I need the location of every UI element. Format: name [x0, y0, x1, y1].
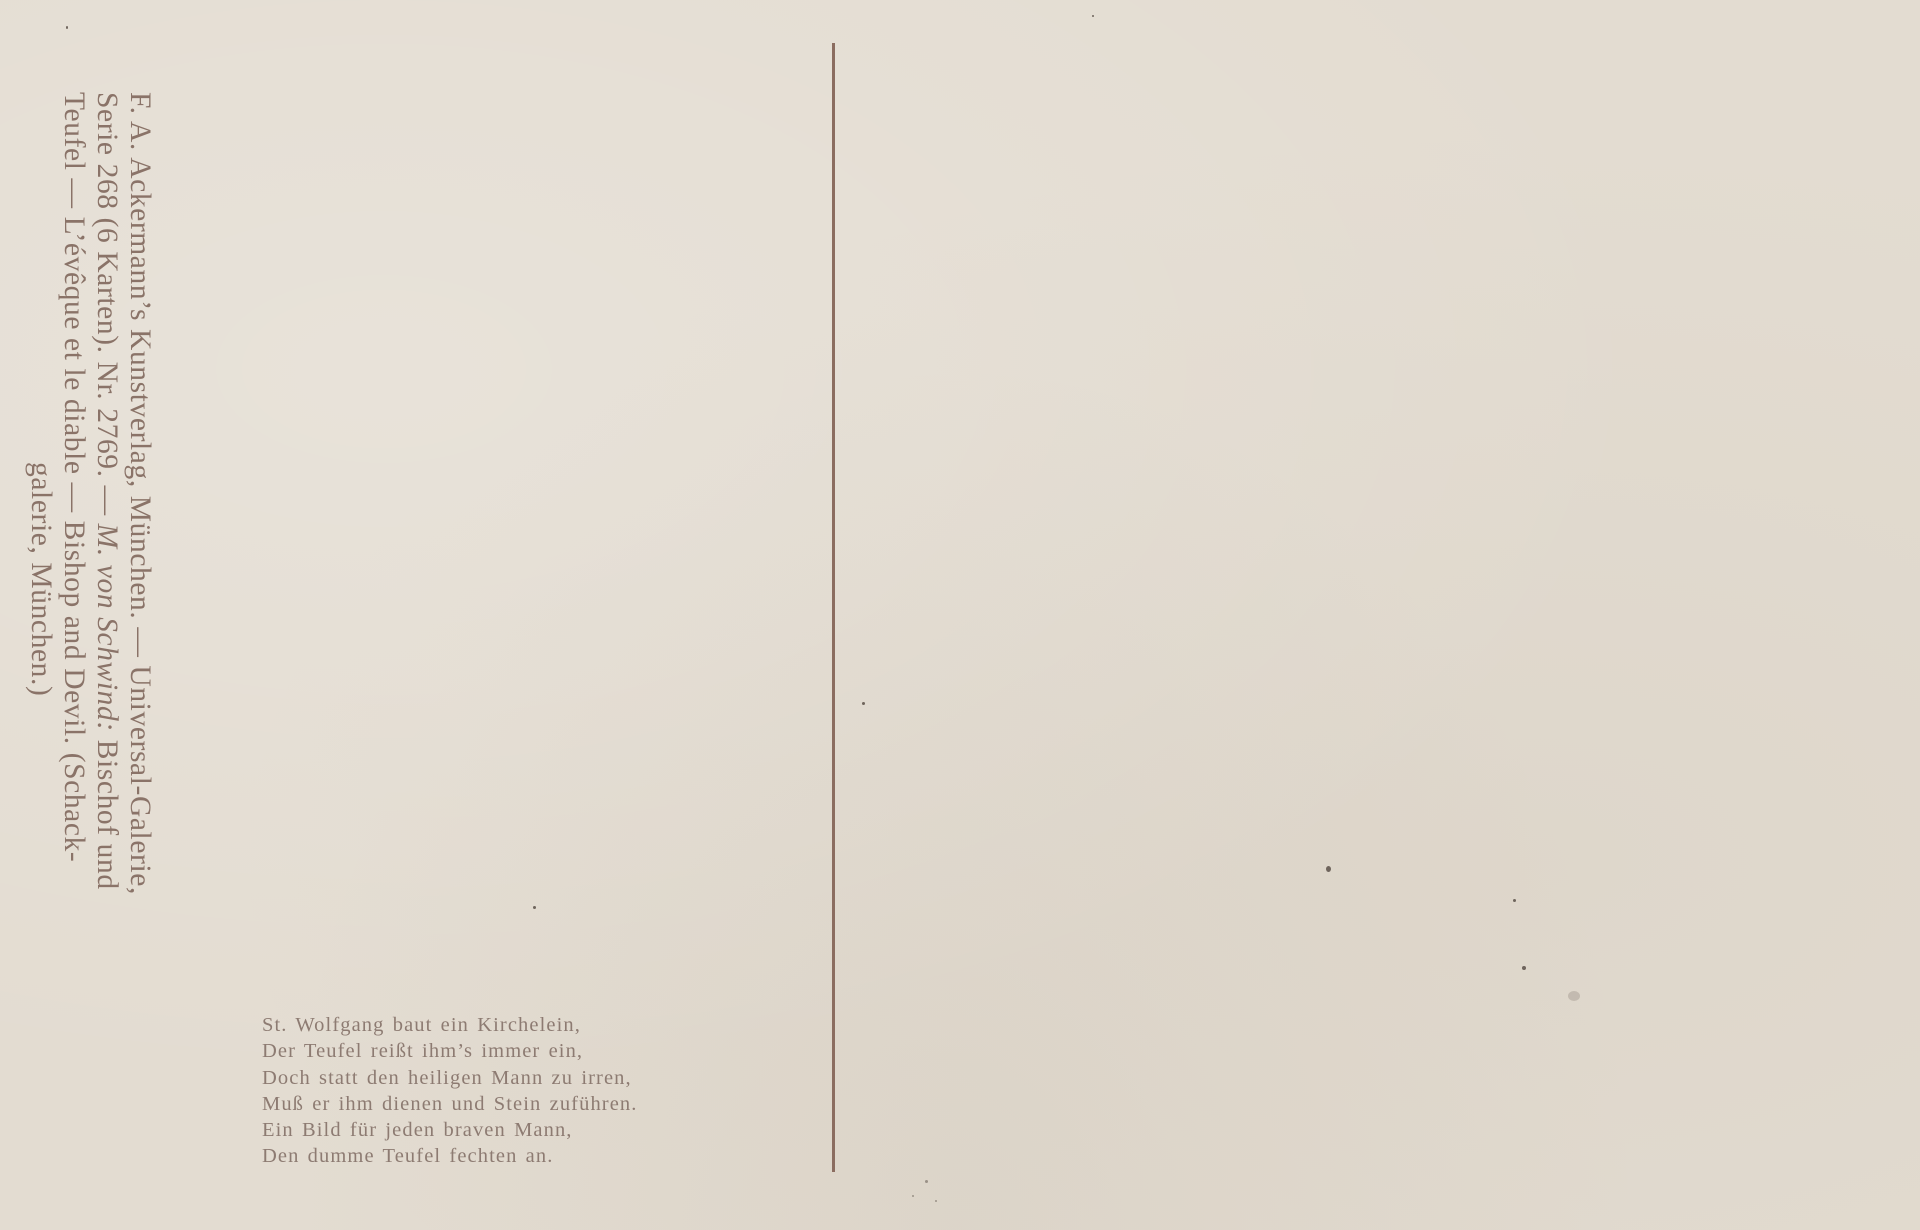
postcard-back: F. A. Ackermann’s Kunstverlag, München. … [0, 0, 1920, 1230]
publisher-imprint: F. A. Ackermann’s Kunstverlag, München. … [0, 92, 170, 1192]
paper-speck [66, 26, 68, 29]
paper-speck [912, 1195, 914, 1197]
imprint-line-1: F. A. Ackermann’s Kunstverlag, München. … [124, 92, 156, 895]
paper-speck [862, 702, 865, 705]
imprint-line-2: Serie 268 (6 Karten). Nr. 2769. — M. von… [91, 92, 123, 890]
poem-verse: St. Wolfgang baut ein Kirchelein, Der Te… [262, 1012, 638, 1170]
paper-speck [1568, 991, 1580, 1001]
paper-speck [1326, 866, 1331, 872]
paper-speck [935, 1200, 937, 1202]
imprint-artist: M. von Schwind: [91, 524, 123, 732]
imprint-series: Serie 268 (6 Karten). Nr. 2769. — [91, 92, 123, 524]
imprint-line-3: Teufel — L’évêque et le diable — Bishop … [58, 92, 90, 862]
imprint-title-start: Bischof und [91, 732, 123, 890]
paper-speck [1513, 899, 1516, 902]
paper-speck [1092, 15, 1094, 17]
poem-line: Ein Bild für jeden braven Mann, [262, 1117, 638, 1143]
poem-line: Doch statt den heiligen Mann zu irren, [262, 1065, 638, 1091]
poem-line: Den dumme Teufel fechten an. [262, 1143, 638, 1169]
poem-line: Der Teufel reißt ihm’s immer ein, [262, 1038, 638, 1064]
paper-speck [925, 1180, 928, 1183]
poem-line: Muß er ihm dienen und Stein zuführen. [262, 1091, 638, 1117]
paper-speck [533, 906, 536, 909]
center-divider-line [832, 43, 835, 1172]
imprint-line-4: galerie, München.) [25, 462, 57, 696]
poem-line: St. Wolfgang baut ein Kirchelein, [262, 1012, 638, 1038]
paper-speck [1522, 966, 1526, 970]
